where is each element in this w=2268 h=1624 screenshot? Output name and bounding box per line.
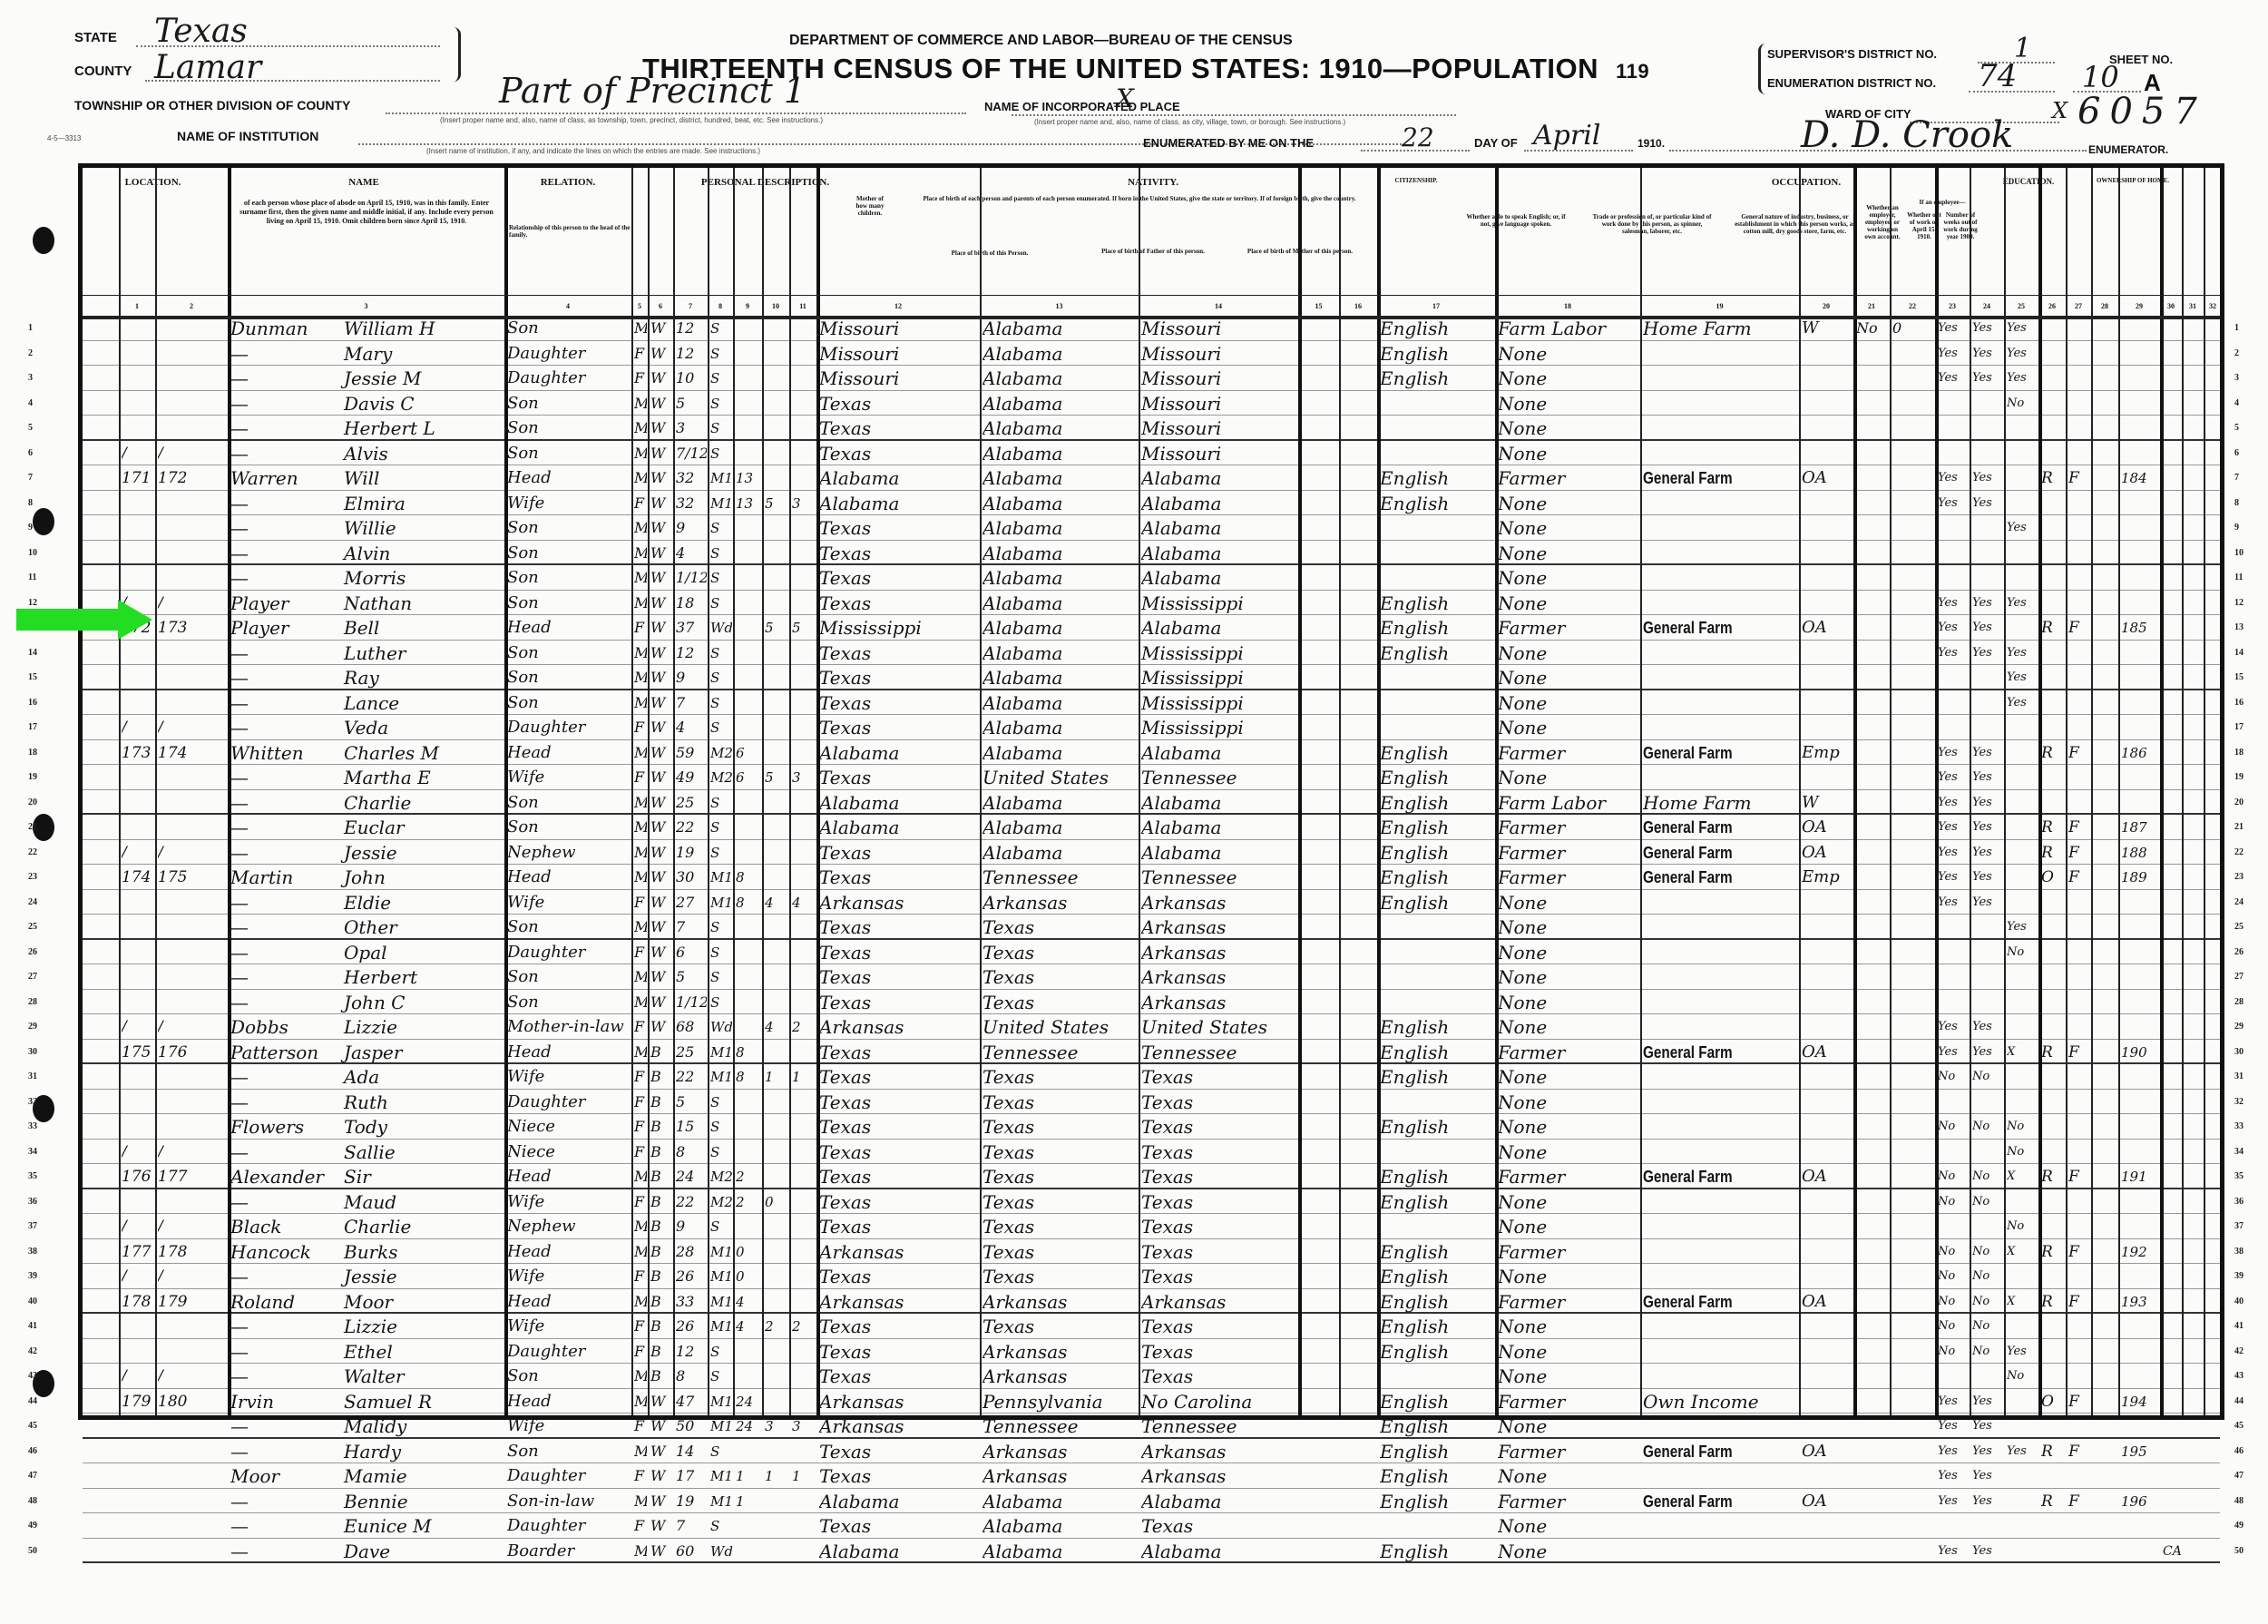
cell-sex: M [634,1166,647,1188]
line-number: 45 [28,1421,37,1431]
cell-ms: S [710,842,732,864]
cell-lang: English [1380,1491,1494,1512]
cell-yrs: 0 [736,1266,761,1287]
census-row[interactable]: —EthelDaughterFB12STexasArkansasTexasEng… [83,1339,2220,1365]
census-row[interactable]: //—JessieWifeFB26M10TexasTexasTexasEngli… [83,1264,2220,1289]
cell-bm: Alabama [1141,567,1297,589]
census-row[interactable]: //DobbsLizzieMother-in-lawFW68Wd42Arkans… [83,1014,2220,1040]
cell-mb: 5 [765,493,788,514]
cell-write: Yes [1972,493,2003,514]
surname: Moor [230,1465,344,1487]
column-divider [2182,168,2184,1415]
cell-trade: None [1498,393,1639,415]
cell-ms: S [710,393,732,415]
line-number-right: 21 [2234,822,2244,832]
cell-rel: Head [507,617,631,639]
surname: Player [230,592,344,614]
line-number: 1 [28,323,33,333]
column-divider [1935,168,1939,1415]
cell-ms: S [710,916,732,938]
cell-lang: English [1380,866,1494,888]
cell-age: 60 [676,1541,707,1562]
line-number-right: 39 [2234,1271,2244,1281]
cell-ms: M1 [710,1391,732,1413]
cell-sex: F [634,493,647,514]
cell-name: —Alvin [230,543,503,564]
line-number: 20 [28,797,37,807]
cell-mb: 2 [765,1316,788,1337]
column-number: 13 [980,302,1139,310]
census-row[interactable]: 177178HancockBurksHeadMB28M10ArkansasTex… [83,1239,2220,1265]
cell-school: X [2007,1042,2038,1063]
sheet-value: 10 [2082,60,2119,94]
cell-yrs: 4 [736,1291,761,1313]
cell-write: Yes [1972,767,2003,788]
cell-bp: Texas [819,543,979,564]
cell-school: No [2007,393,2038,415]
cell-school: Yes [2007,343,2038,365]
cell-race: B [650,1216,672,1238]
line-number: 7 [28,473,33,483]
cell-race: W [650,443,672,465]
cell-read: No [1938,1316,1969,1337]
cell-bp: Texas [819,642,979,664]
surname: Black [230,1216,344,1238]
cell-bm: Tennessee [1141,1042,1297,1063]
cell-ms: M1 [710,866,732,888]
cell-lang: English [1380,742,1494,764]
census-row[interactable]: —Davis CSonMW5STexasAlabamaMissouriNoneN… [83,391,2220,416]
census-row[interactable]: —MaudWifeFB22M220TexasTexasTexasEnglishN… [83,1189,2220,1215]
cell-race: W [650,493,672,514]
cell-own: R [2041,1166,2065,1188]
census-row[interactable]: 179180IrvinSamuel RHeadMW47M124ArkansasP… [83,1389,2220,1414]
surname: — [230,493,344,514]
cell-rel: Wife [507,767,631,788]
census-row[interactable]: //—SallieNieceFB8STexasTexasTexasNoneNo3… [83,1140,2220,1165]
cell-fam: / [158,1365,227,1387]
column-number: 20 [1799,302,1853,310]
cell-race: W [650,992,672,1013]
cell-rel: Son [507,817,631,838]
cell-ms: S [710,792,732,814]
census-row[interactable]: FlowersTodyNieceFB15STexasTexasTexasEngl… [83,1114,2220,1140]
cell-ms: S [710,642,732,664]
cell-rel: Mother-in-law [507,1016,631,1038]
cell-name: WarrenWill [230,467,503,489]
cell-bf: United States [982,1016,1138,1038]
given-name: Morris [344,567,406,589]
cell-age: 19 [676,842,707,864]
cell-fam: 175 [158,866,227,888]
column-number: 12 [816,302,980,310]
given-name: Ethel [344,1341,393,1363]
cell-name: —Morris [230,567,503,589]
census-row[interactable]: —WillieSonMW9STexasAlabamaAlabamaNoneYes… [83,515,2220,541]
cell-rel: Son [507,642,631,664]
cell-emp: OA [1802,1491,1853,1512]
cell-own: R [2041,1441,2065,1463]
institution-label: NAME OF INSTITUTION [177,129,318,143]
cell-trade: Farmer [1498,742,1639,764]
line-number: 46 [28,1446,37,1456]
cell-race: B [650,1241,672,1263]
cell-rel: Daughter [507,1341,631,1363]
cell-race: W [650,866,672,888]
census-row[interactable]: —EldieWifeFW27M1844ArkansasArkansasArkan… [83,890,2220,915]
year-label: 1910. [1637,137,1665,150]
cell-bm: Arkansas [1141,892,1297,914]
line-number-right: 28 [2234,997,2244,1007]
cell-age: 9 [676,667,707,689]
cell-rel: Daughter [507,1515,631,1537]
cell-write: Yes [1972,892,2003,914]
census-row[interactable]: //PlayerNathanSonMW18STexasAlabamaMissis… [83,591,2220,616]
line-number-right: 31 [2234,1071,2244,1081]
header-name-desc: of each person whose place of abode on A… [235,199,498,298]
cell-school: X [2007,1291,2038,1313]
cell-read: Yes [1938,1016,1969,1038]
cell-sex: M [634,567,647,589]
cell-trade: Farmer [1498,617,1639,639]
line-number: 26 [28,947,37,957]
census-row[interactable]: —LizzieWifeFB26M1422TexasTexasTexasEngli… [83,1314,2220,1339]
cell-name: —Veda [230,717,503,739]
cell-trade: None [1498,443,1639,465]
cell-own: R [2041,1241,2065,1263]
cell-bp: Texas [819,1341,979,1363]
cell-sex: M [634,1365,647,1387]
census-row[interactable]: 176177AlexanderSirHeadMB24M22TexasTexasT… [83,1164,2220,1189]
census-row[interactable]: —Herbert LSonMW3STexasAlabamaMissouriNon… [83,416,2220,441]
cell-bf: Tennessee [982,866,1138,888]
census-row[interactable]: DunmanWilliam HSonMW12SMissouriAlabamaMi… [83,316,2220,341]
column-number: 22 [1890,302,1935,310]
cell-lang: English [1380,1415,1494,1437]
cell-bm: Mississippi [1141,692,1297,714]
cell-rel: Niece [507,1141,631,1163]
line-number: 35 [28,1171,37,1181]
cell-sex: M [634,916,647,938]
cell-yrs: 13 [736,493,761,514]
line-number: 34 [28,1147,37,1157]
cell-read: No [1938,1266,1969,1287]
cell-dw: 178 [122,1291,154,1313]
cell-trade: Farmer [1498,1291,1639,1313]
cell-rel: Head [507,1241,631,1263]
cell-race: W [650,1441,672,1463]
cell-race: W [650,393,672,415]
cell-trade: None [1498,1066,1639,1088]
cell-lang: English [1380,642,1494,664]
census-row[interactable]: —Jessie MDaughterFW10SMissouriAlabamaMis… [83,366,2220,391]
cell-lang: English [1380,1042,1494,1063]
cell-school: Yes [2007,367,2038,389]
cell-bf: Texas [982,1066,1138,1088]
state-value: Texas [154,13,248,50]
census-row[interactable]: //—AlvisSonMW7/12STexasAlabamaMissouriNo… [83,441,2220,466]
cell-bp: Texas [819,1441,979,1463]
line-number: 42 [28,1346,37,1356]
cell-read: No [1938,1066,1969,1088]
cell-lang: English [1380,767,1494,788]
cell-bm: Texas [1141,1191,1297,1213]
given-name: Davis C [344,393,415,415]
census-row[interactable]: —RuthDaughterFB5STexasTexasTexasNone3232 [83,1090,2220,1115]
cell-dw: / [122,1216,154,1238]
cell-write: No [1972,1166,2003,1188]
census-row[interactable]: —DaveBoarderMW60WdAlabamaAlabamaAlabamaE… [83,1539,2220,1564]
given-name: William H [344,318,435,339]
census-row[interactable]: —LutherSonMW12STexasAlabamaMississippiEn… [83,641,2220,666]
census-row[interactable]: —MorrisSonMW1/12STexasAlabamaAlabamaNone… [83,565,2220,591]
line-number: 39 [28,1271,37,1281]
surname: — [230,692,344,714]
cell-fm: F [2068,1166,2090,1188]
cell-bf: Tennessee [982,1415,1138,1437]
cell-lang: English [1380,792,1494,814]
cell-fam: 176 [158,1042,227,1063]
cell-bm: Alabama [1141,1541,1297,1562]
census-row[interactable]: —HerbertSonMW5STexasTexasArkansasNone272… [83,964,2220,990]
cell-age: 7 [676,916,707,938]
census-row[interactable]: —Eunice MDaughterFW7STexasAlabamaTexasNo… [83,1513,2220,1539]
line-number-right: 5 [2234,423,2239,433]
given-name: Mamie [344,1465,407,1487]
cell-ms: S [710,367,732,389]
cell-ms: S [710,1091,732,1113]
census-row[interactable]: —AlvinSonMW4STexasAlabamaAlabamaNone1010 [83,541,2220,566]
cell-bm: Arkansas [1141,916,1297,938]
census-row[interactable]: —MalidyWifeFW50M12433ArkansasTennesseeTe… [83,1414,2220,1439]
census-row[interactable]: //—WalterSonMB8STexasArkansasTexasNoneNo… [83,1364,2220,1389]
cell-name: —Lance [230,692,503,714]
surname: — [230,1541,344,1562]
cell-trade: Farmer [1498,1441,1639,1463]
cell-age: 28 [676,1241,707,1263]
cell-age: 30 [676,866,707,888]
column-number: 18 [1495,302,1640,310]
line-number-right: 45 [2234,1421,2244,1431]
census-row[interactable]: //—JessieNephewMW19STexasAlabamaAlabamaE… [83,840,2220,866]
census-row[interactable]: 171172WarrenWillHeadMW32M113AlabamaAlaba… [83,465,2220,491]
cell-name: FlowersTody [230,1116,503,1138]
incorporated-line [1012,114,1456,116]
column-number: 32 [2204,302,2222,310]
cell-read: Yes [1938,892,1969,914]
section-citizenship: CITIZENSHIP. [1389,177,1443,184]
cell-age: 4 [676,717,707,739]
cell-bm: Missouri [1141,443,1297,465]
cell-race: B [650,1091,672,1113]
cell-name: —Lizzie [230,1316,503,1337]
cell-ms: M1 [710,1491,732,1512]
cell-bp: Texas [819,966,979,988]
cell-bm: Texas [1141,1116,1297,1138]
surname: Hancock [230,1241,344,1263]
column-number: 25 [2004,302,2038,310]
cell-trade: None [1498,717,1639,739]
surname: — [230,892,344,914]
cell-own: R [2041,1491,2065,1512]
cell-age: 22 [676,1191,707,1213]
given-name: Euclar [344,817,405,838]
census-row[interactable]: —OtherSonMW7STexasTexasArkansasNoneYes25… [83,915,2220,940]
cell-ms: M2 [710,767,732,788]
surname: — [230,992,344,1013]
cell-ind: General Farm [1643,1291,1774,1313]
cell-mb: 4 [765,892,788,914]
cell-name: HancockBurks [230,1241,503,1263]
cell-write: Yes [1972,367,2003,389]
cell-age: 12 [676,1341,707,1363]
census-row[interactable]: //BlackCharlieNephewMB9STexasTexasTexasN… [83,1214,2220,1239]
cell-rel: Son [507,692,631,714]
given-name: Willie [344,517,396,539]
cell-bf: Texas [982,1241,1138,1263]
line-number-right: 17 [2234,722,2244,732]
cell-farm: 193 [2121,1291,2159,1313]
census-row[interactable]: —HardySonMW14STexasArkansasArkansasEngli… [83,1439,2220,1464]
census-row[interactable]: —LanceSonMW7STexasAlabamaMississippiNone… [83,690,2220,716]
cell-bm: Missouri [1141,367,1297,389]
cell-race: W [650,642,672,664]
punch-hole [33,508,54,535]
line-number-right: 25 [2234,922,2244,932]
cell-name: —Elmira [230,493,503,514]
cell-sex: F [634,367,647,389]
cell-yrs: 6 [736,742,761,764]
census-row[interactable]: 178179RolandMoorHeadMB33M14ArkansasArkan… [83,1289,2220,1315]
given-name: Ruth [344,1091,388,1113]
cell-bm: Arkansas [1141,1441,1297,1463]
enumerated-label: ENUMERATED BY ME ON THE [1143,136,1314,150]
line-number: 44 [28,1396,37,1406]
cell-race: B [650,1316,672,1337]
cell-bp: Texas [819,866,979,888]
cell-name: DobbsLizzie [230,1016,503,1038]
cell-race: W [650,343,672,365]
cell-bp: Texas [819,1266,979,1287]
cell-wk: 0 [1892,318,1934,339]
cell-rel: Wife [507,493,631,514]
given-name: Jasper [344,1042,402,1063]
column-divider [2091,168,2093,1415]
cell-school: Yes [2007,667,2038,689]
cell-race: W [650,792,672,814]
cell-bf: Alabama [982,467,1138,489]
cell-name: —Sallie [230,1141,503,1163]
census-row[interactable]: 173174WhittenCharles MHeadMW59M26Alabama… [83,740,2220,766]
cell-bp: Texas [819,1515,979,1537]
census-row[interactable]: 175176PattersonJasperHeadMB25M18TexasTen… [83,1040,2220,1065]
state-county-brace [451,27,461,82]
census-row[interactable]: —OpalDaughterFW6STexasTexasArkansasNoneN… [83,940,2220,965]
cell-dw: / [122,1266,154,1287]
cell-race: W [650,842,672,864]
cell-name: —Jessie [230,1266,503,1287]
cell-ms: M1 [710,1415,732,1437]
section-location: LOCATION. [83,177,223,188]
section-occupation: OCCUPATION. [1579,177,2033,188]
cell-race: W [650,1465,672,1487]
census-row[interactable]: —BennieSon-in-lawMW19M11AlabamaAlabamaAl… [83,1489,2220,1514]
line-number: 29 [28,1022,37,1032]
cell-rel: Daughter [507,343,631,365]
cell-school: Yes [2007,692,2038,714]
census-row[interactable]: —MaryDaughterFW12SMissouriAlabamaMissour… [83,341,2220,367]
cell-sex: M [634,692,647,714]
census-row[interactable]: —John CSonMW1/12STexasTexasArkansasNone2… [83,990,2220,1015]
given-name: Veda [344,717,388,739]
cell-bp: Texas [819,1465,979,1487]
cell-fm: F [2068,1391,2090,1413]
census-row[interactable]: MoorMamieDaughterFW17M1111TexasArkansasA… [83,1463,2220,1489]
enumeration-label: ENUMERATION DISTRICT NO. [1767,76,1936,90]
cell-name: —Herbert [230,966,503,988]
cell-ms: S [710,1441,732,1463]
census-row[interactable]: 174175MartinJohnHeadMW30M18TexasTennesse… [83,865,2220,890]
cell-school: Yes [2007,1341,2038,1363]
cell-trade: None [1498,1341,1639,1363]
header-industry: General nature of industry, business, or… [1729,213,1861,268]
cell-rel: Nephew [507,842,631,864]
line-number-right: 8 [2234,498,2239,508]
cell-name: —Alvis [230,443,503,465]
given-name: Walter [344,1365,405,1387]
line-number-right: 4 [2234,398,2239,408]
cell-age: 26 [676,1266,707,1287]
cell-emp: OA [1802,467,1853,489]
cell-ms: M1 [710,1042,732,1063]
cell-farm: 196 [2121,1491,2159,1512]
cell-sex: F [634,1465,647,1487]
cell-emp: OA [1802,1441,1853,1463]
column-divider [155,168,157,1415]
census-row[interactable]: —ElmiraWifeFW32M11353AlabamaAlabamaAlaba… [83,491,2220,516]
cell-bp: Texas [819,1316,979,1337]
cell-fam: 173 [158,617,227,639]
census-row[interactable]: —CharlieSonMW25SAlabamaAlabamaAlabamaEng… [83,790,2220,816]
census-row[interactable]: —Martha EWifeFW49M2653TexasUnited States… [83,765,2220,790]
cell-age: 37 [676,617,707,639]
cell-bm: Arkansas [1141,992,1297,1013]
cell-yrs: 13 [736,467,761,489]
column-divider [1853,168,1857,1415]
census-row[interactable]: —AdaWifeFB22M1811TexasTexasTexasEnglishN… [83,1064,2220,1090]
surname: — [230,1515,344,1537]
cell-school: No [2007,1141,2038,1163]
header-trade: Trade or profession of, or particular ki… [1589,213,1716,268]
cell-bf: Alabama [982,567,1138,589]
census-row[interactable]: —EuclarSonMW22SAlabamaAlabamaAlabamaEngl… [83,815,2220,840]
cell-ml: 1 [792,1465,816,1487]
line-number: 10 [28,548,37,558]
cell-bf: Alabama [982,592,1138,614]
enumerator-label: ENUMERATOR. [2088,143,2168,156]
census-row[interactable]: —RaySonMW9STexasAlabamaMississippiNoneYe… [83,665,2220,690]
census-row[interactable]: //—VedaDaughterFW4STexasAlabamaMississip… [83,715,2220,740]
cell-school: No [2007,942,2038,964]
surname: — [230,817,344,838]
cell-rel: Head [507,467,631,489]
census-row[interactable]: 172173PlayerBellHeadFW37Wd55MississippiA… [83,615,2220,641]
line-number: 23 [28,872,37,882]
line-number: 48 [28,1496,37,1506]
cell-lang: English [1380,343,1494,365]
cell-name: —Euclar [230,817,503,838]
column-number: 1 [119,302,155,310]
